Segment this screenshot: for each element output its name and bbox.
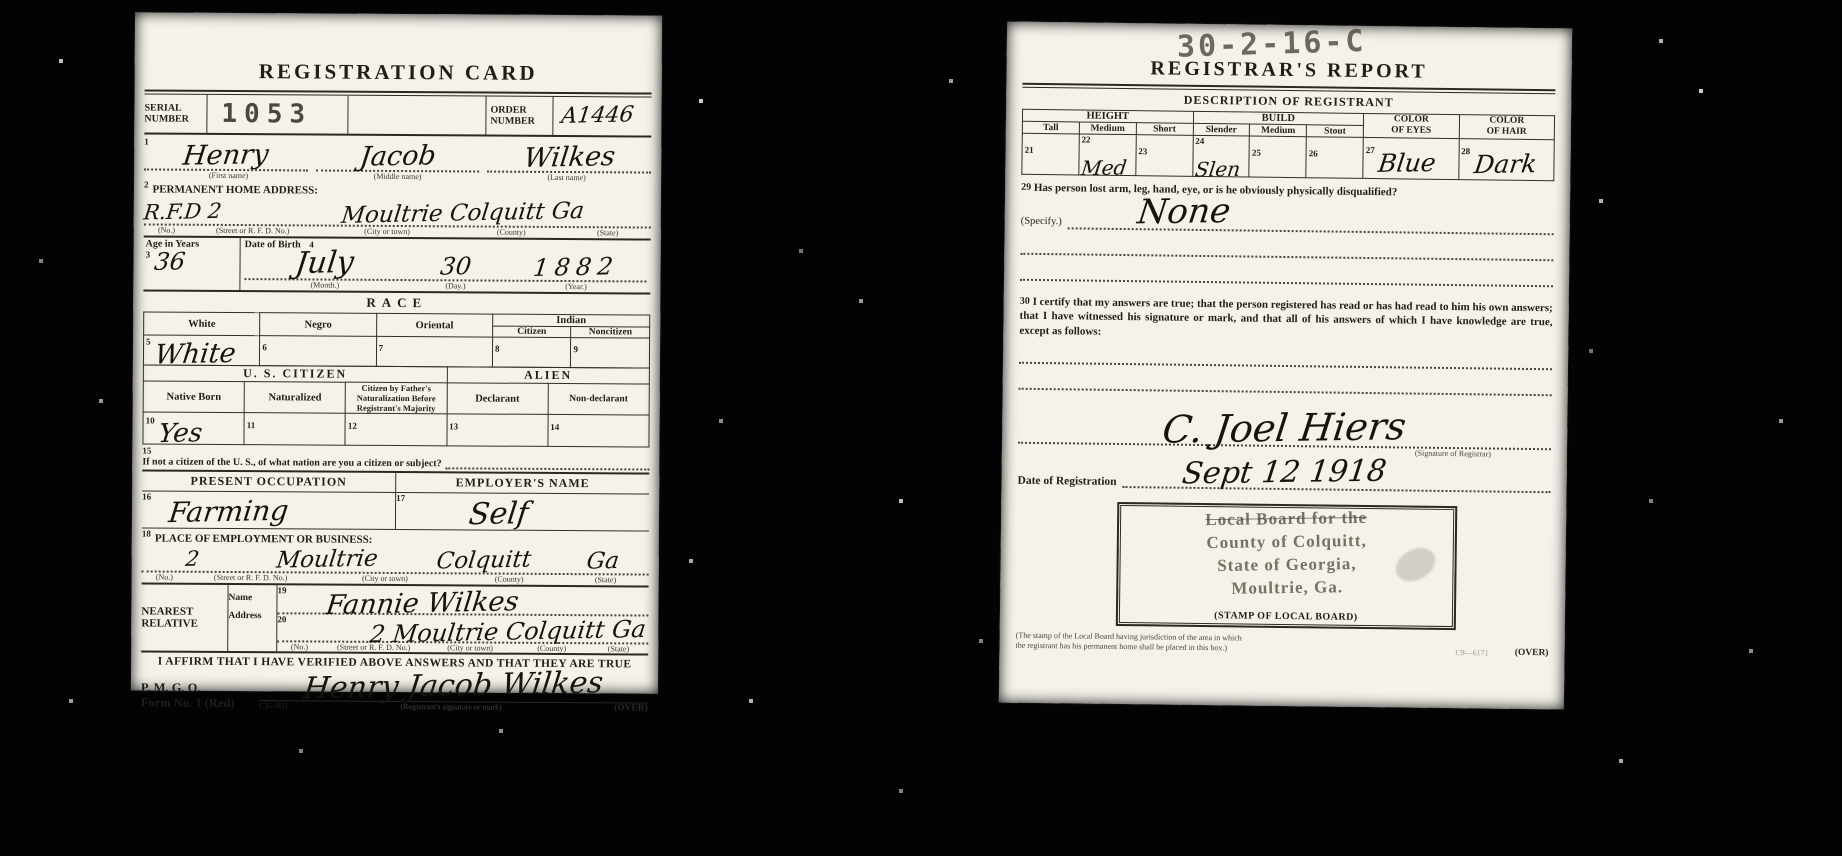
color-of-hair-header: COLOR OF HAIR	[1459, 115, 1555, 140]
stamp-box-caption: (STAMP OF LOCAL BOARD)	[1118, 609, 1454, 624]
form-id: P. M. G. O. Form No. 1 (Red)	[141, 680, 259, 711]
race-table: White Negro Oriental Indian Citizen Nonc…	[143, 311, 650, 368]
relative-sublabels: Name Address	[228, 585, 277, 651]
over-tag: (OVER)	[1515, 648, 1549, 658]
citizenship-table: U. S. CITIZEN ALIEN Native Born Naturali…	[142, 364, 649, 447]
dob-month: July	[294, 248, 356, 279]
registration-date-value: Sept 12 1918	[1180, 457, 1388, 490]
local-board-stamp-box: Local Board for the County of Colquitt, …	[1116, 502, 1457, 630]
card-footer: P. M. G. O. Form No. 1 (Red) Henry Jacob…	[141, 669, 648, 713]
alien-nondeclarant-cell: 14	[548, 414, 649, 447]
q15-answer-line	[446, 457, 650, 470]
middle-name-field: Jacob	[316, 143, 480, 173]
dob-year: 1882	[532, 254, 620, 280]
race-negro-cell: 6	[260, 336, 376, 367]
build-medium-cell: 25	[1249, 136, 1306, 178]
local-board-stamp-text: Local Board for the County of Colquitt, …	[1118, 504, 1455, 602]
race-oriental-cell: 7	[376, 336, 492, 367]
serial-order-row: SERIAL NUMBER 1053 ORDER NUMBER A1446	[144, 94, 651, 137]
eyes-cell: 27 Blue	[1363, 137, 1459, 179]
nearest-relative-block: NEAREST RELATIVE Name Address 19 Fannie …	[141, 584, 648, 655]
dob-field: Date of Birth 4 July 30 1882 (Month.) (D…	[240, 238, 650, 293]
race-indian-noncitizen-cell: 9	[571, 338, 650, 368]
dob-day: 30	[439, 254, 473, 279]
build-slender-cell: 24 Slen	[1192, 135, 1249, 177]
q15-row: 15 If not a citizen of the U. S., of wha…	[142, 444, 649, 474]
age-dob-row: Age in Years 3 36 Date of Birth 4 July 3…	[143, 237, 650, 294]
serial-row-spacer	[348, 96, 485, 135]
race-indian-citizen-cell: 8	[492, 337, 571, 367]
employment-county: Colquitt	[435, 549, 532, 574]
nearest-relative-label: NEAREST RELATIVE	[141, 584, 228, 651]
card-title: REGISTRATION CARD	[145, 12, 652, 86]
report-footer: (The stamp of the Local Board having jur…	[1015, 631, 1548, 658]
home-address-row: 2 PERMANENT HOME ADDRESS: R.F.D 2 Moultr…	[144, 179, 651, 240]
occupation-cell: 16 Farming	[142, 491, 396, 529]
relative-name-field: 19 Fannie Wilkes	[277, 585, 648, 616]
relative-values: 19 Fannie Wilkes 20 2 Moultrie Colquitt …	[277, 585, 648, 653]
order-number-value: A1446	[552, 97, 651, 136]
alien-declarant-cell: 13	[446, 414, 547, 447]
registrar-signature-field: C. Joel Hiers	[1018, 390, 1552, 451]
q29-answer: None	[1136, 194, 1233, 229]
build-stout-cell: 26	[1306, 137, 1363, 179]
citizen-native-cell: 10 Yes	[143, 412, 244, 445]
height-short-cell: 23	[1135, 134, 1192, 176]
serial-number-label: SERIAL NUMBER	[144, 94, 207, 132]
registrars-report-card: 30-2-16-C REGISTRAR'S REPORT DESCRIPTION…	[999, 22, 1572, 710]
citizen-father-cell: 12	[345, 413, 446, 446]
stamp-footnote: (The stamp of the Local Board having jur…	[1015, 631, 1455, 657]
home-address-city-state: Moultrie Colquitt Ga	[274, 201, 651, 226]
board-code-stamp: 30-2-16-C	[1176, 24, 1367, 65]
date-of-registration-row: Date of Registration Sept 12 1918	[1017, 453, 1550, 494]
age-field: Age in Years 3 36	[143, 237, 240, 290]
specify-label: (Specify.)	[1021, 215, 1062, 229]
first-name-field: Henry	[144, 141, 308, 171]
scan-noise-speckles	[0, 0, 2, 2]
home-address-no: R.F.D 2	[144, 201, 274, 224]
height-tall-cell: 21	[1022, 133, 1079, 175]
employment-row: 18 PLACE OF EMPLOYMENT OR BUSINESS: 2 Mo…	[142, 527, 649, 587]
print-code: C9—6171	[1455, 648, 1488, 657]
order-number-label: ORDER NUMBER	[485, 97, 552, 135]
hair-cell: 28 Dark	[1458, 138, 1554, 180]
employment-no: 2	[184, 549, 200, 570]
description-table: HEIGHT BUILD COLOR OF EYES COLOR OF HAIR…	[1021, 109, 1555, 181]
color-of-eyes-header: COLOR OF EYES	[1363, 113, 1459, 138]
registration-card: REGISTRATION CARD SERIAL NUMBER 1053 ORD…	[131, 12, 662, 693]
q30-block: 30 I certify that my answers are true; t…	[1019, 295, 1553, 396]
registrant-signature-field: Henry Jacob Wilkes C3—031 (Registrant's …	[259, 670, 648, 713]
employer-cell: 17 Self	[396, 493, 649, 531]
q29-block: 29 Has person lost arm, leg, hand, eye, …	[1020, 181, 1554, 288]
occupation-value-row: 16 Farming 17 Self	[142, 491, 649, 530]
name-row: 1 Henry Jacob Wilkes (First name) (Middl…	[144, 134, 651, 182]
serial-number-value: 1053	[207, 95, 348, 134]
citizen-naturalized-cell: 11	[244, 413, 345, 446]
height-medium-cell: 22 Med	[1079, 134, 1136, 176]
race-white-cell: 5 White	[143, 335, 259, 366]
last-name-field: Wilkes	[487, 144, 651, 174]
answer-line	[1020, 255, 1553, 288]
employment-city: Moultrie	[275, 548, 379, 573]
employment-state: Ga	[586, 550, 621, 574]
